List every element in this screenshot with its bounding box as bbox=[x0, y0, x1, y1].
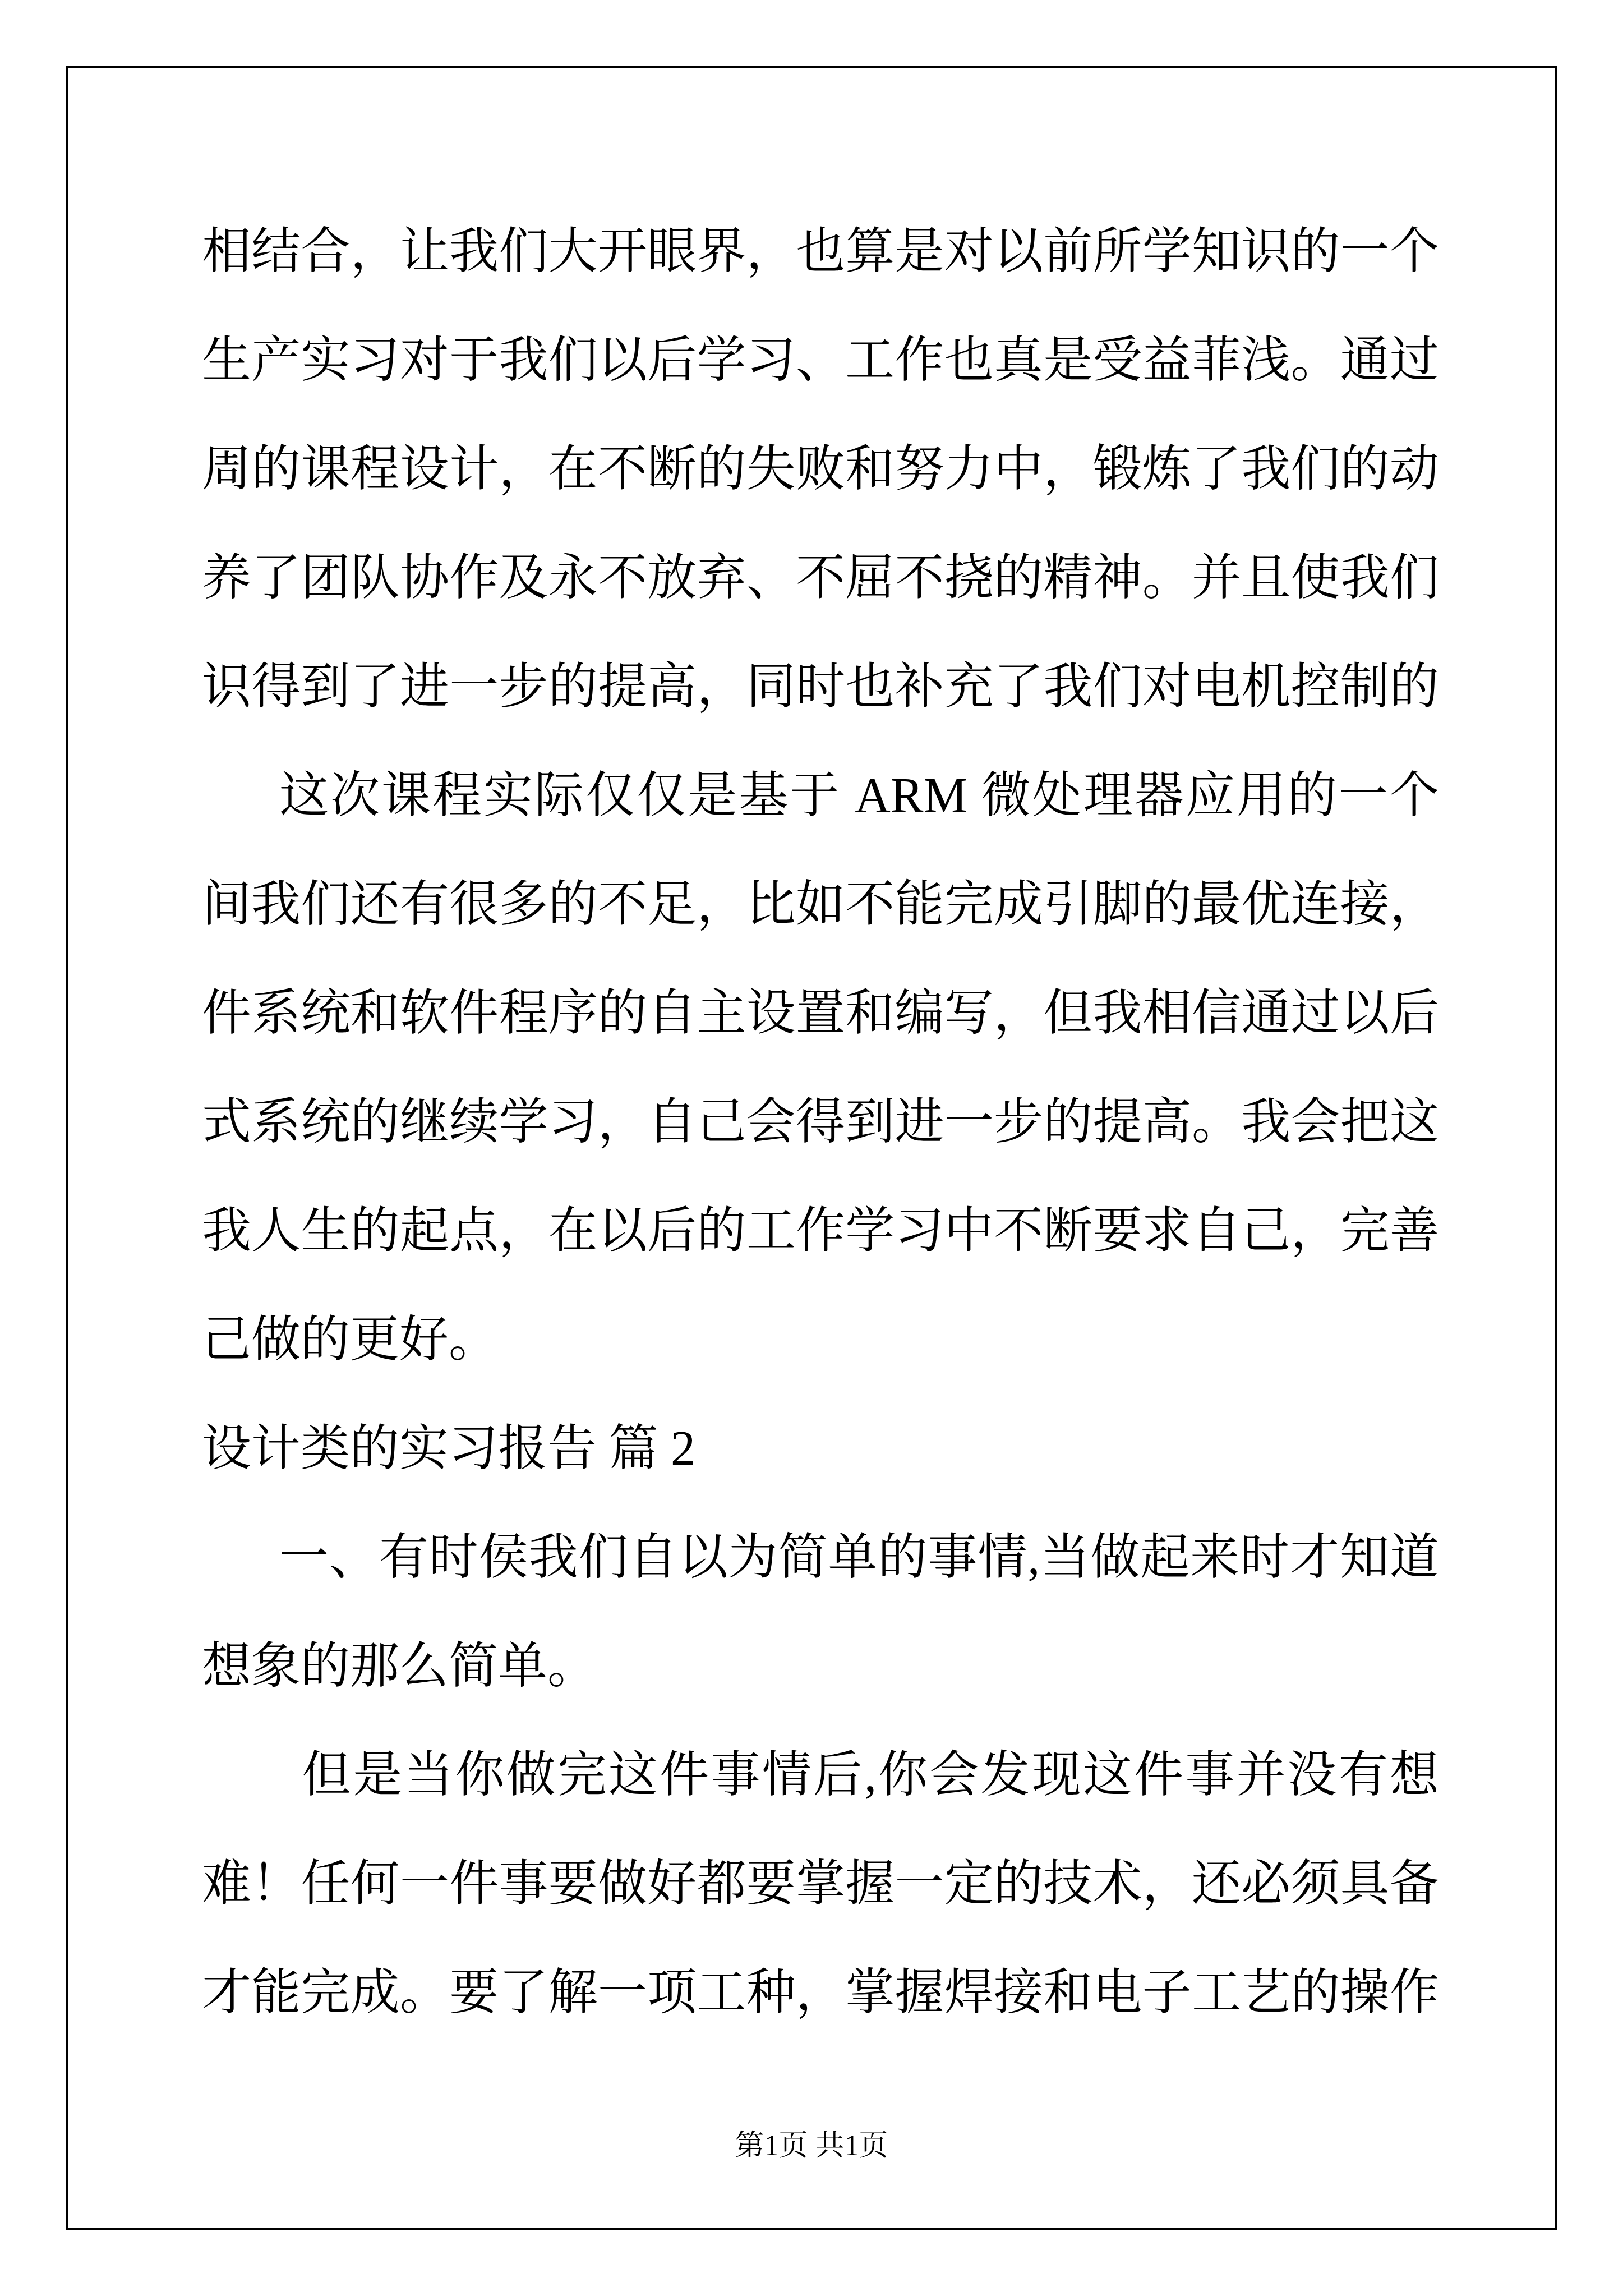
page-footer: 第1页 共1页 bbox=[0, 2118, 1623, 2174]
body-line: 识得到了进一步的提高，同时也补充了我们对电机控制的相关知识。 bbox=[202, 633, 1439, 742]
body-line: 才能完成。要了解一项工种，掌握焊接和电子工艺的操作技术，光靠 bbox=[202, 1939, 1439, 2047]
body-line: 这次课程实际仅仅是基于 ARM 微处理器应用的一个开端，在这期 bbox=[202, 742, 1439, 850]
body-line: 间我们还有很多的不足，比如不能完成引脚的最优连接，不能完成硬 bbox=[202, 850, 1439, 959]
body-line: 己做的更好。 bbox=[202, 1286, 1439, 1395]
body-text: 相结合，让我们大开眼界，也算是对以前所学知识的一个初审吧!这次 生产实习对于我们… bbox=[202, 197, 1439, 2047]
body-line: 式系统的继续学习，自己会得到进一步的提高。我会把这此实习作为 bbox=[202, 1068, 1439, 1177]
body-line: 但是当你做完这件事情后,你会发现这件事并没有想象中的那么 bbox=[202, 1721, 1439, 1830]
body-line: 养了团队协作及永不放弃、不屈不挠的精神。并且使我们对 ARM 的知 bbox=[202, 524, 1439, 633]
body-line: 设计类的实习报告 篇 2 bbox=[202, 1395, 1439, 1503]
body-line: 相结合，让我们大开眼界，也算是对以前所学知识的一个初审吧!这次 bbox=[202, 197, 1439, 306]
body-line: 想象的那么简单。 bbox=[202, 1612, 1439, 1721]
body-line: 我人生的起点，在以后的工作学习中不断要求自己，完善自己，让自 bbox=[202, 1177, 1439, 1286]
body-line: 周的课程设计，在不断的失败和努力中，锻炼了我们的动手能力，培 bbox=[202, 415, 1439, 524]
body-line: 件系统和软件程序的自主设置和编写，但我相信通过以后对 ARM 嵌入 bbox=[202, 959, 1439, 1068]
body-line: 一、有时侯我们自以为简单的事情,当做起来时才知道并不是我们 bbox=[202, 1503, 1439, 1612]
document-page: { "page": { "lines": [ "相结合，让我们大开眼界，也算是对… bbox=[0, 0, 1623, 2296]
body-line: 生产实习对于我们以后学习、工作也真是受益菲浅。通过这次为期一 bbox=[202, 306, 1439, 415]
body-line: 难！任何一件事要做好都要掌握一定的技术，还必须具备一定的素质 bbox=[202, 1830, 1439, 1939]
